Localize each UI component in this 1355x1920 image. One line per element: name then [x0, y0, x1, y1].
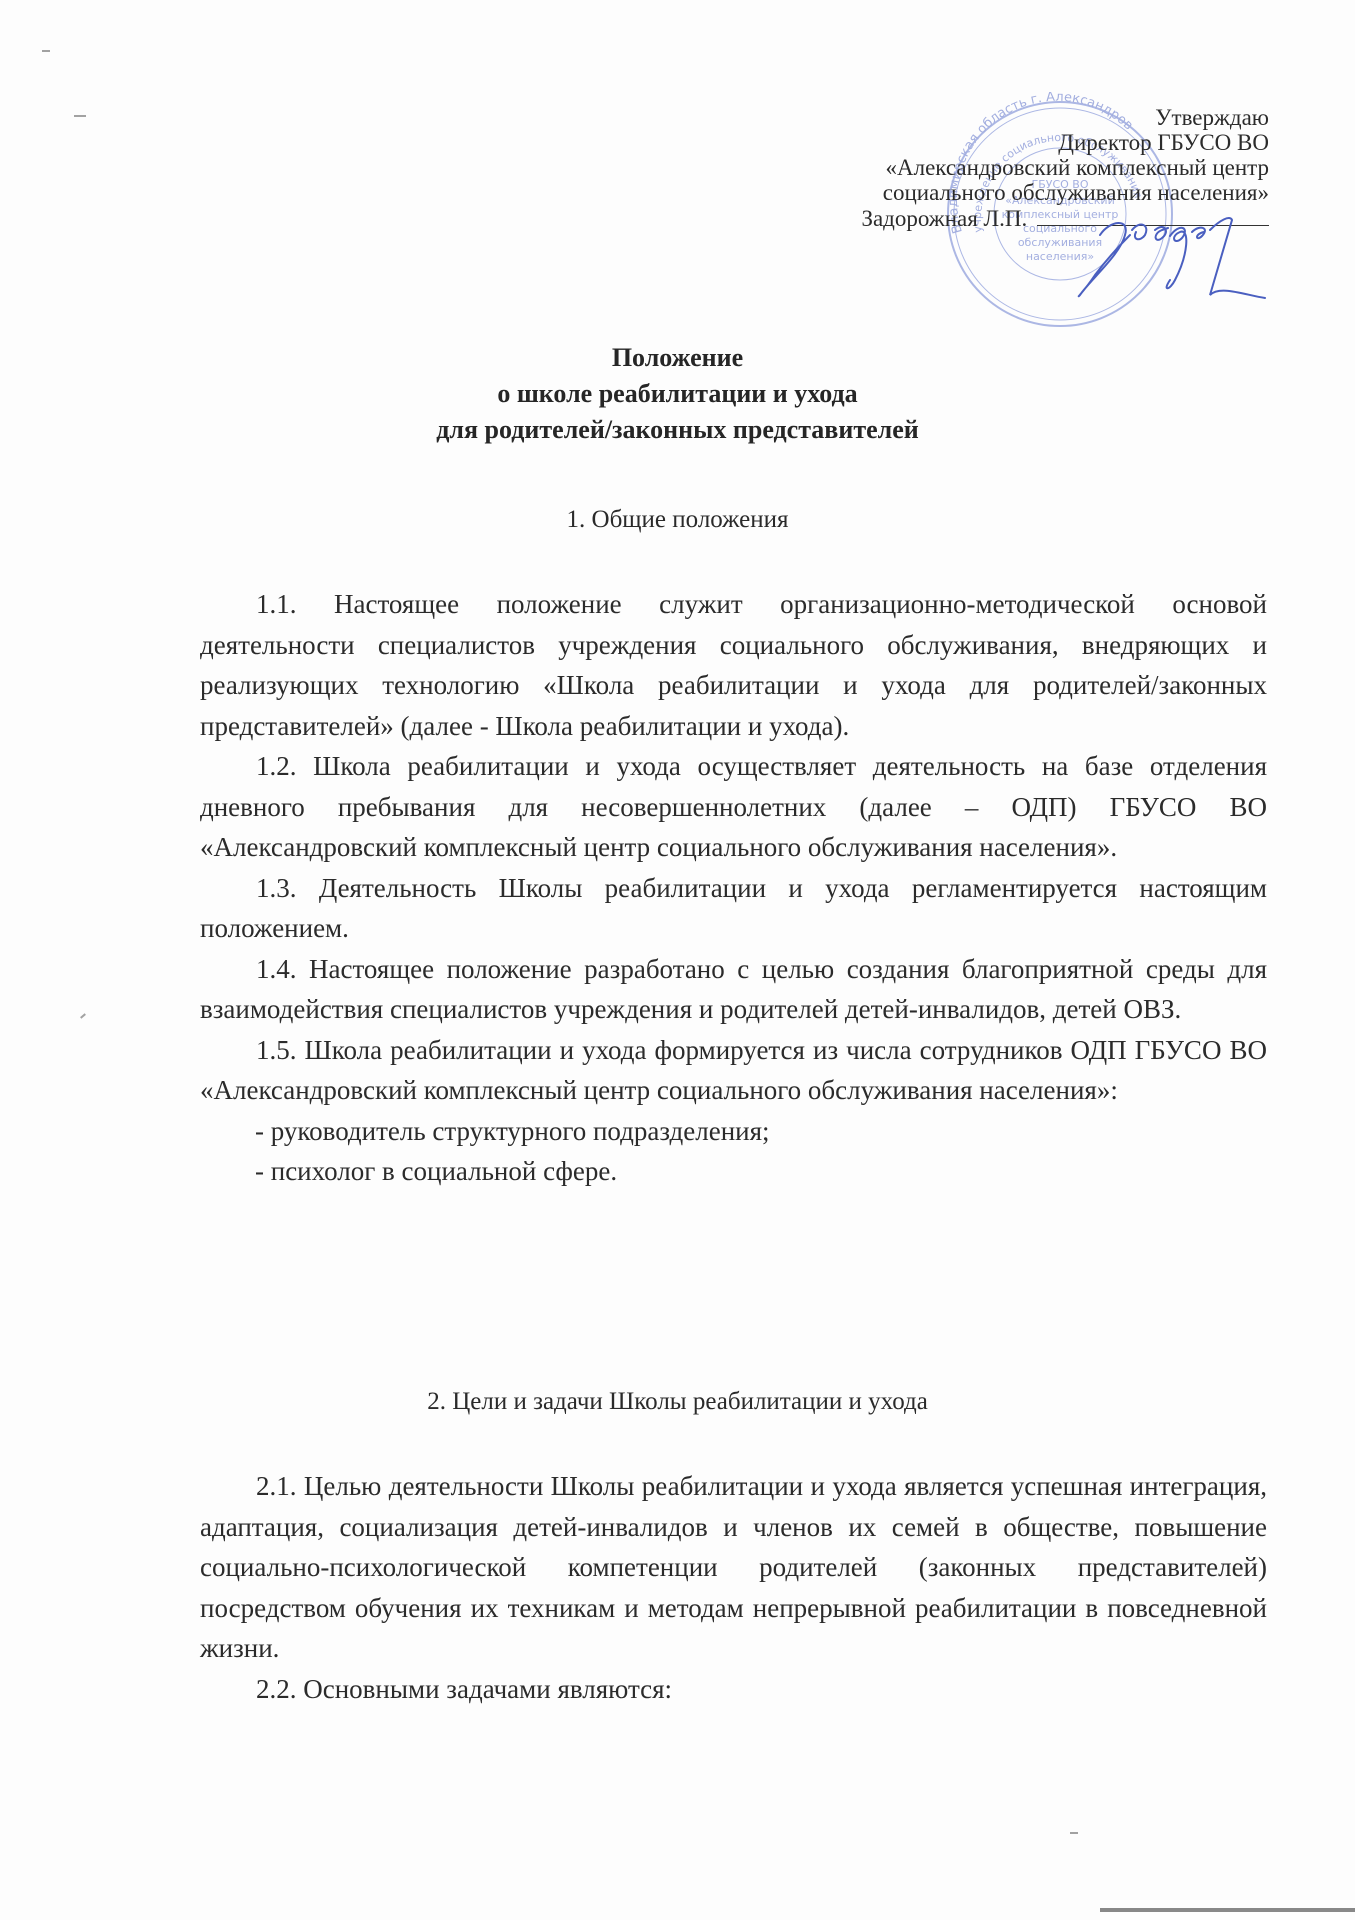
document-title: Положение о школе реабилитации и ухода д… — [0, 340, 1355, 448]
section-1-body: 1.1. Настоящее положение служит организа… — [200, 584, 1267, 1192]
scan-artifact — [1070, 1832, 1078, 1834]
signatory-name: Задорожная Л.П. — [861, 206, 1027, 231]
scan-edge — [1100, 1908, 1355, 1912]
approval-line: Директор ГБУСО ВО — [709, 130, 1269, 155]
scan-artifact — [42, 50, 50, 52]
paragraph: 2.2. Основными задачами являются: — [200, 1669, 1267, 1710]
document-page: Владимирская область г. Александров учре… — [0, 0, 1355, 1920]
section-heading: 1. Общие положения — [0, 506, 1355, 534]
paragraph: 1.5. Школа реабилитации и ухода формируе… — [200, 1030, 1267, 1111]
scan-artifact — [74, 115, 86, 117]
stamp-center-line: обслуживания — [1018, 236, 1102, 249]
section-2-body: 2.1. Целью деятельности Школы реабилитац… — [200, 1466, 1267, 1709]
title-line: о школе реабилитации и ухода — [0, 376, 1355, 412]
stamp-center-line: населения» — [1026, 250, 1094, 263]
signature-row: Задорожная Л.П. — [709, 205, 1269, 231]
scan-artifact — [80, 1013, 86, 1018]
approval-line: «Александровский комплексный центр — [709, 155, 1269, 180]
section-heading: 2. Цели и задачи Школы реабилитации и ух… — [0, 1388, 1355, 1416]
paragraph: 1.4. Настоящее положение разработано с ц… — [200, 949, 1267, 1030]
approval-block: Утверждаю Директор ГБУСО ВО «Александров… — [709, 105, 1269, 231]
approval-line: социального обслуживания населения» — [709, 180, 1269, 205]
title-line: для родителей/законных представителей — [0, 412, 1355, 448]
paragraph: 2.1. Целью деятельности Школы реабилитац… — [200, 1466, 1267, 1669]
approval-line: Утверждаю — [709, 105, 1269, 130]
title-line: Положение — [0, 340, 1355, 376]
paragraph: 1.2. Школа реабилитации и ухода осуществ… — [200, 746, 1267, 868]
paragraph: 1.3. Деятельность Школы реабилитации и у… — [200, 868, 1267, 949]
list-item: - руководитель структурного подразделени… — [200, 1111, 1267, 1152]
signature-line — [1037, 205, 1269, 226]
paragraph: 1.1. Настоящее положение служит организа… — [200, 584, 1267, 746]
list-item: - психолог в социальной сфере. — [200, 1151, 1267, 1192]
